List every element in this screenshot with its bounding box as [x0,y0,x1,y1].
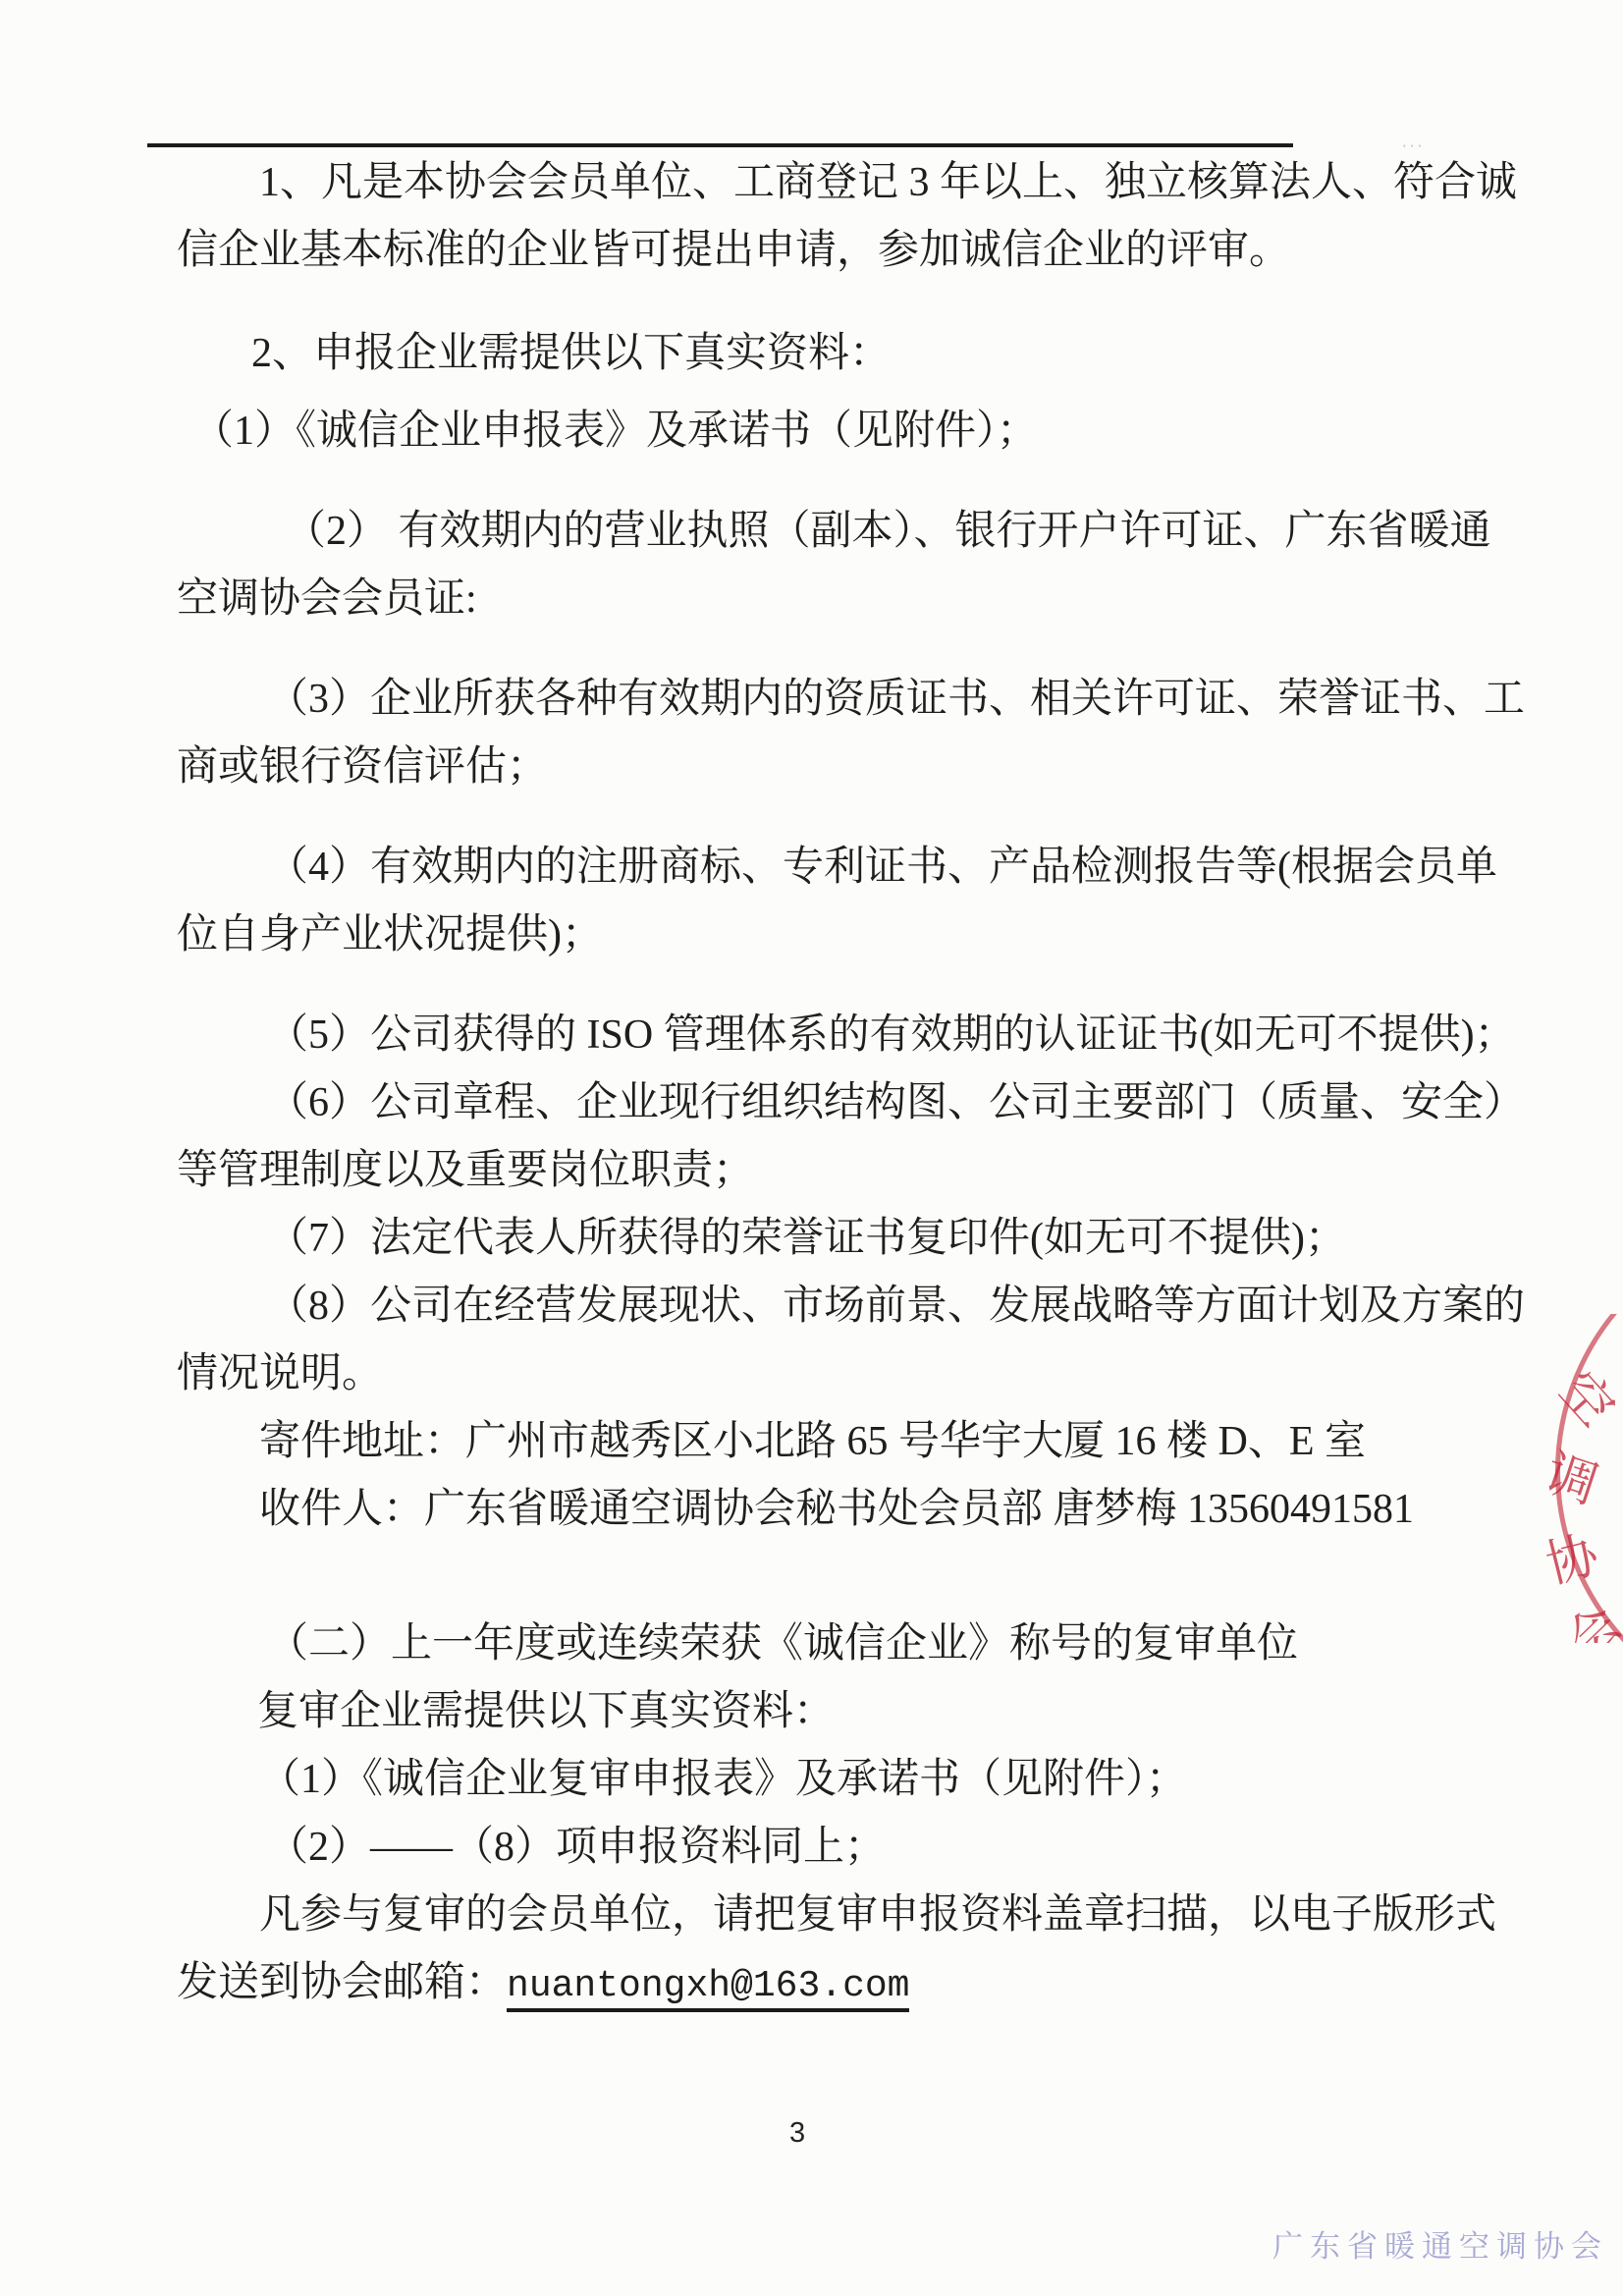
text-line: （二）上一年度或连续荣获《诚信企业》称号的复审单位 [177,1611,1551,1678]
text-line: 收件人：广东省暖通空调协会秘书处会员部 唐梦梅 13560491581 [177,1476,1551,1544]
text-line: 1、凡是本协会会员单位、工商登记 3 年以上、独立核算法人、符合诚 [177,149,1551,217]
text-line: 凡参与复审的会员单位，请把复审申报资料盖章扫描，以电子版形式 [177,1882,1551,1949]
scanned-document-page: ··· 1、凡是本协会会员单位、工商登记 3 年以上、独立核算法人、符合诚信企业… [0,0,1623,2296]
text-line: （7）法定代表人所获得的荣誉证书复印件(如无可不提供)； [177,1205,1551,1273]
text-line: 2、申报企业需提供以下真实资料： [177,320,1551,388]
red-seal-stamp: 空 调 协 会 [1528,1314,1623,1643]
email-link[interactable]: nuantongxh@163.com [507,1965,909,2012]
text-line: （4）有效期内的注册商标、专利证书、产品检测报告等(根据会员单 [177,834,1551,902]
text-line: 信企业基本标准的企业皆可提出申请，参加诚信企业的评审。 [177,217,1551,285]
document-body: 1、凡是本协会会员单位、工商登记 3 年以上、独立核算法人、符合诚信企业基本标准… [177,149,1551,2017]
text-line: （1）《诚信企业申报表》及承诺书（见附件）； [177,398,1551,465]
text-line: 商或银行资信评估； [177,734,1551,801]
association-watermark: 广东省暖通空调协会 [1272,2221,1608,2266]
text-line: （2） 有效期内的营业执照（副本）、银行开户许可证、广东省暖通 [177,498,1551,566]
text-line: 寄件地址：广州市越秀区小北路 65 号华宇大厦 16 楼 D、E 室 [177,1408,1551,1476]
text-line: （3）企业所获各种有效期内的资质证书、相关许可证、荣誉证书、工 [177,666,1551,734]
page-number: 3 [789,2117,805,2150]
text-line: 发送到协会邮箱：nuantongxh@163.com [177,1949,1551,2017]
text-line: 情况说明。 [177,1340,1551,1408]
text-line: （8）公司在经营发展现状、市场前景、发展战略等方面计划及方案的 [177,1273,1551,1340]
text-line: 复审企业需提供以下真实资料： [177,1678,1551,1746]
header-separator-line [147,143,1293,147]
text-line: 空调协会会员证: [177,566,1551,633]
text-line: （5）公司获得的 ISO 管理体系的有效期的认证证书(如无可不提供)； [177,1002,1551,1069]
text-line: （6）公司章程、企业现行组织结构图、公司主要部门（质量、安全） [177,1069,1551,1137]
text-line: （2）——（8）项申报资料同上； [177,1814,1551,1882]
text-line: （1）《诚信企业复审申报表》及承诺书（见附件）； [177,1746,1551,1814]
text-line: 位自身产业状况提供)； [177,902,1551,969]
text-run: 发送到协会邮箱： [177,1960,507,2005]
text-line: 等管理制度以及重要岗位职责； [177,1137,1551,1205]
